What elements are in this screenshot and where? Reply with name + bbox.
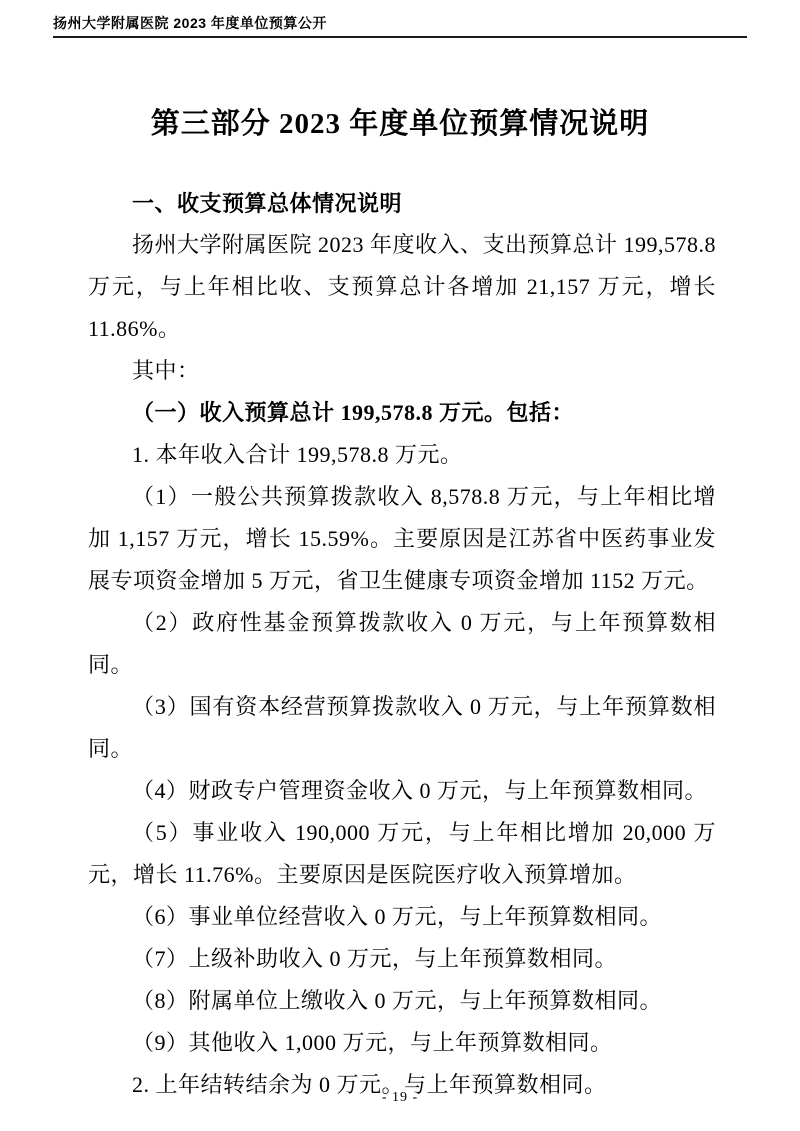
paragraph-6: （2）政府性基金预算拨款收入 0 万元，与上年预算数相同。 (88, 602, 716, 686)
paragraph-3: （一）收入预算总计 199,578.8 万元。包括： (88, 392, 716, 434)
document-page: 扬州大学附属医院 2023 年度单位预算公开 第三部分 2023 年度单位预算情… (0, 0, 800, 1131)
page-footer: - 19 - (0, 1090, 800, 1106)
section-heading: 一、收支预算总体情况说明 (88, 189, 716, 219)
header-divider (53, 36, 747, 38)
body-paragraphs: 扬州大学附属医院 2023 年度收入、支出预算总计 199,578.8 万元，与… (88, 224, 716, 1106)
paragraph-12: （8）附属单位上缴收入 0 万元，与上年预算数相同。 (88, 980, 716, 1022)
paragraph-10: （6）事业单位经营收入 0 万元，与上年预算数相同。 (88, 896, 716, 938)
header-title: 扬州大学附属医院 2023 年度单位预算公开 (53, 15, 327, 31)
page-number: - 19 - (382, 1090, 418, 1105)
paragraph-7: （3）国有资本经营预算拨款收入 0 万元，与上年预算数相同。 (88, 686, 716, 770)
paragraph-2: 其中： (88, 350, 716, 392)
paragraph-1: 扬州大学附属医院 2023 年度收入、支出预算总计 199,578.8 万元，与… (88, 224, 716, 350)
paragraph-9: （5）事业收入 190,000 万元，与上年相比增加 20,000 万元，增长 … (88, 812, 716, 896)
paragraph-8: （4）财政专户管理资金收入 0 万元，与上年预算数相同。 (88, 770, 716, 812)
page-header: 扬州大学附属医院 2023 年度单位预算公开 (53, 13, 747, 33)
paragraph-4: 1. 本年收入合计 199,578.8 万元。 (88, 434, 716, 476)
document-title: 第三部分 2023 年度单位预算情况说明 (0, 106, 800, 142)
paragraph-5: （1）一般公共预算拨款收入 8,578.8 万元，与上年相比增加 1,157 万… (88, 476, 716, 602)
paragraph-13: （9）其他收入 1,000 万元，与上年预算数相同。 (88, 1022, 716, 1064)
paragraph-11: （7）上级补助收入 0 万元，与上年预算数相同。 (88, 938, 716, 980)
